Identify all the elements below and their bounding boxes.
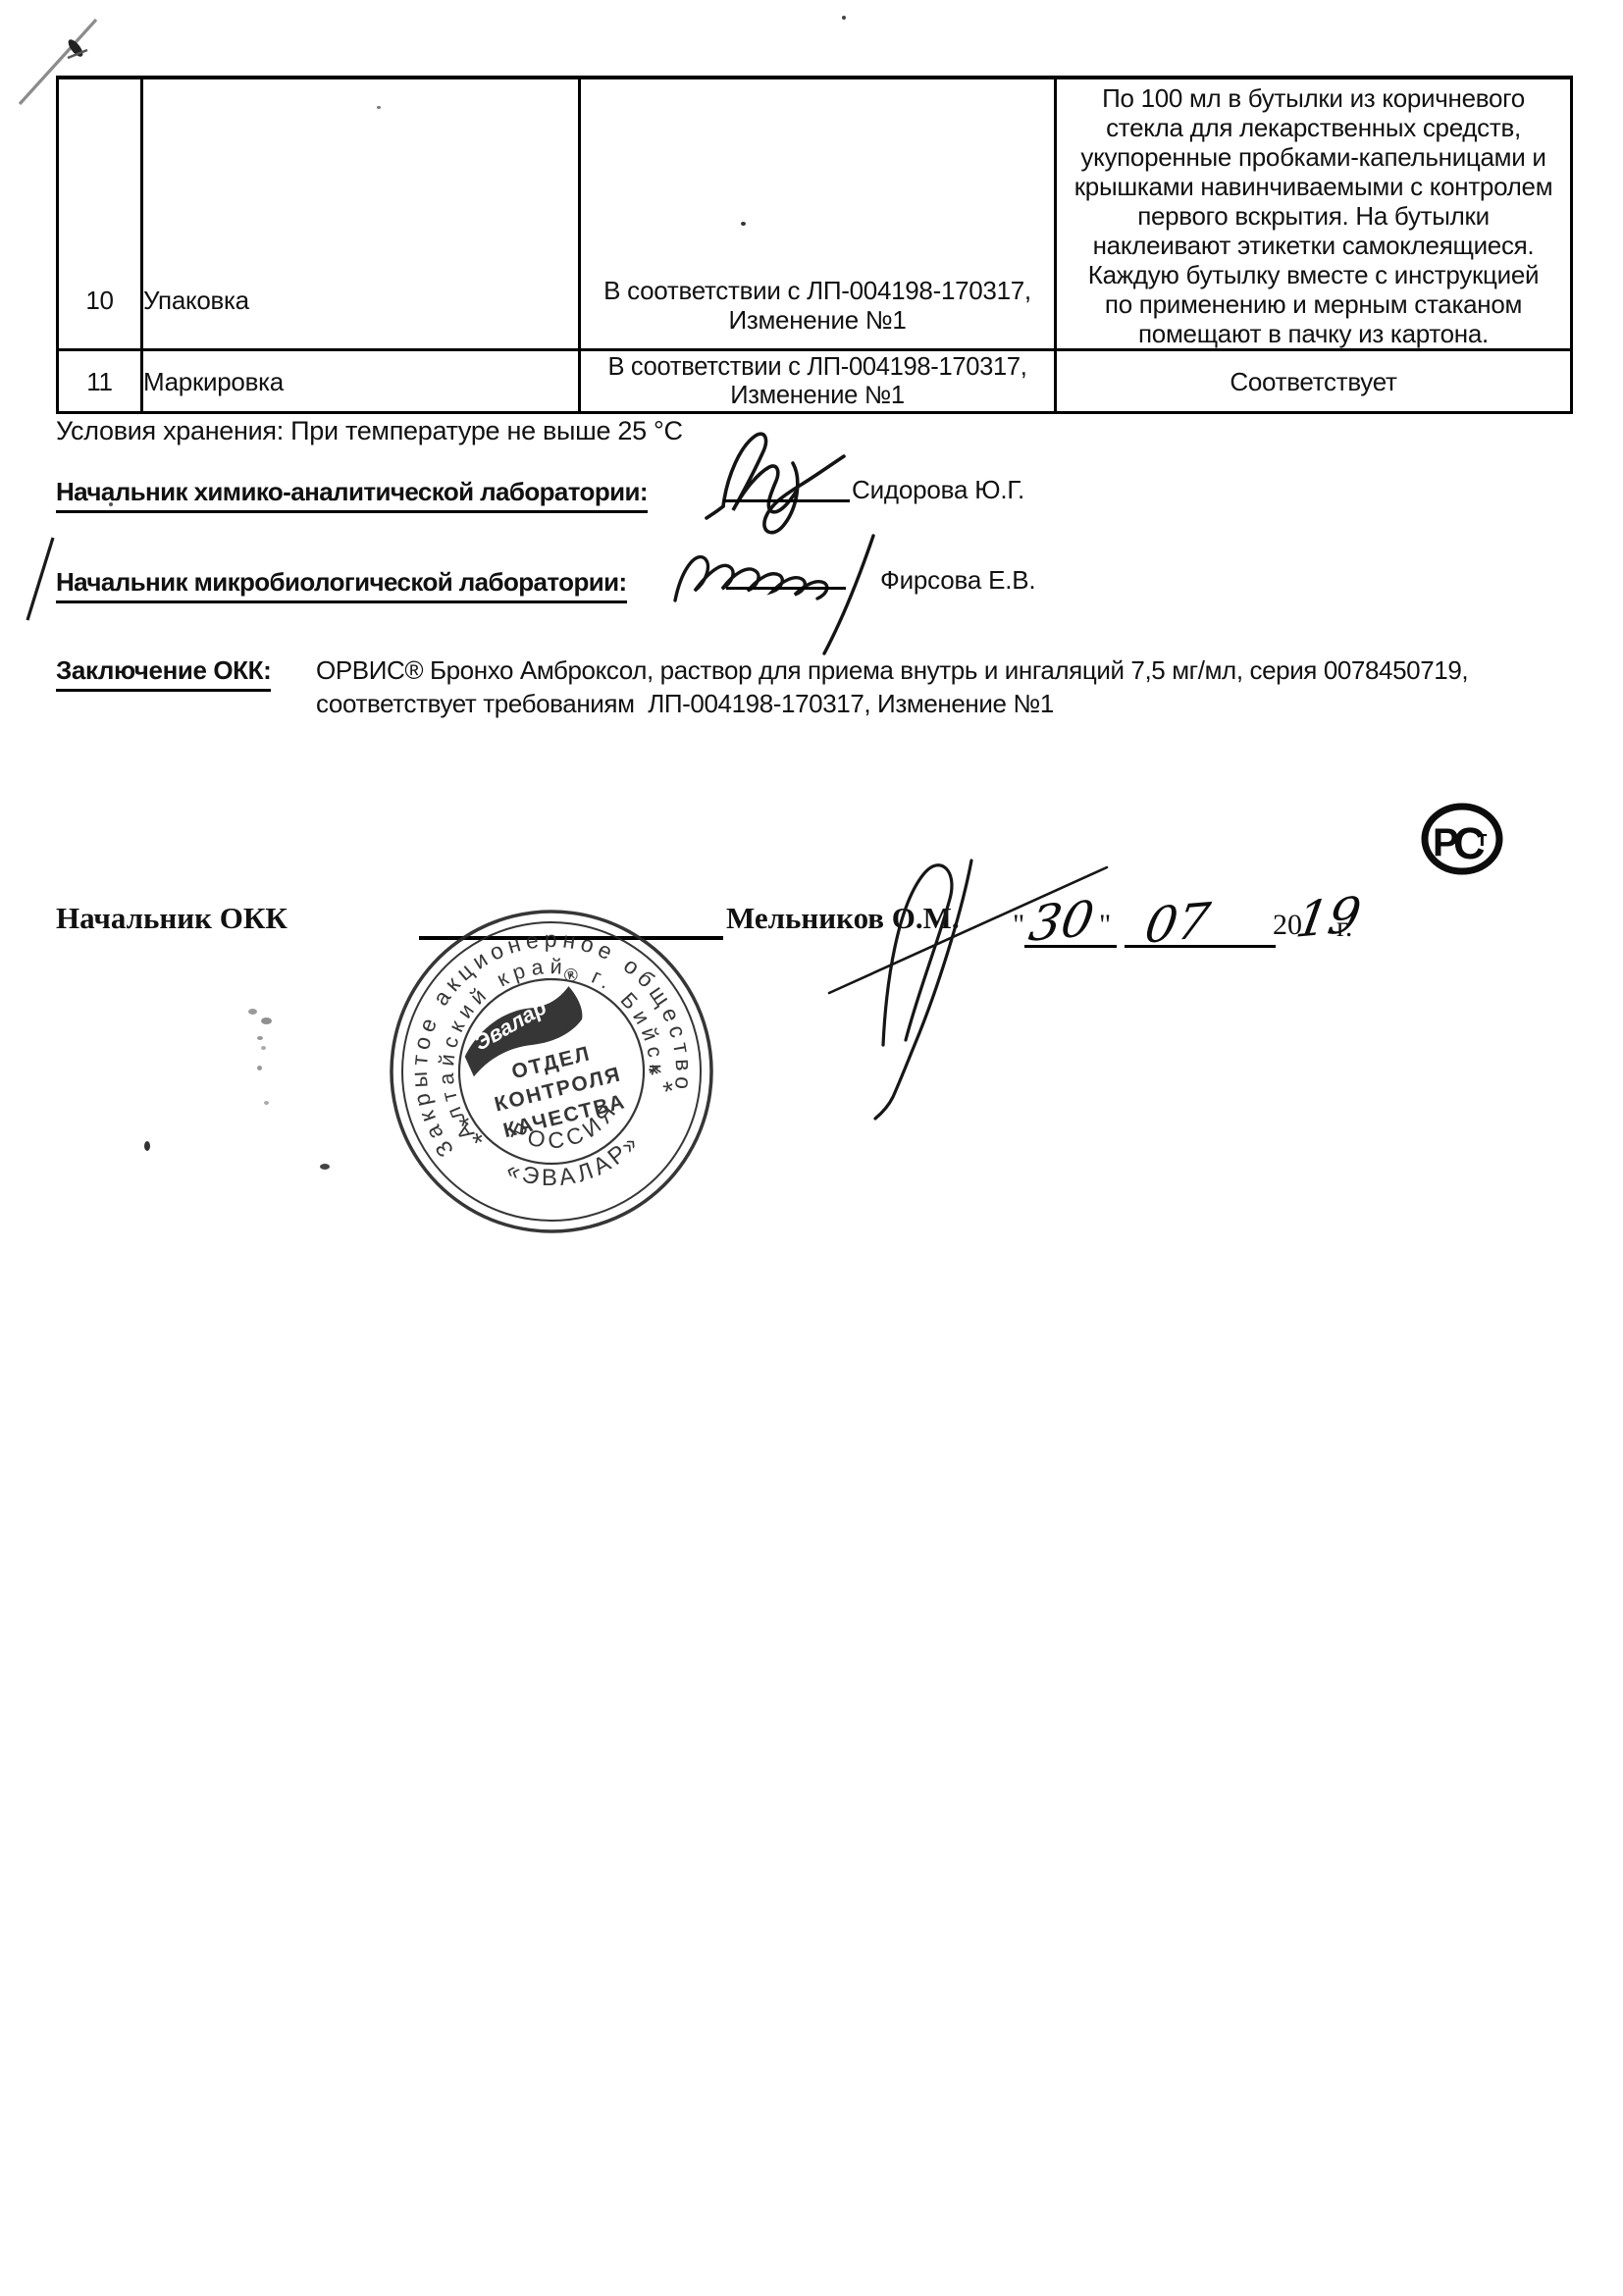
row-number-cell: 11 bbox=[58, 350, 142, 413]
table-row-packaging: 10 Упаковка В соответствии с ЛП-004198-1… bbox=[58, 78, 1572, 350]
year-unit: г. bbox=[1336, 911, 1352, 944]
row-number-cell: 10 bbox=[58, 78, 142, 350]
storage-conditions-line: Условия хранения: При температуре не выш… bbox=[56, 416, 683, 446]
signature-underline bbox=[726, 587, 846, 590]
scan-speck bbox=[842, 16, 846, 20]
table-row-labeling: 11 Маркировка В соответствии с ЛП-004198… bbox=[58, 350, 1572, 413]
okk-head-title: Начальник ОКК bbox=[56, 901, 288, 936]
scan-speck bbox=[261, 1018, 272, 1024]
micro-lab-head-name: Фирсова Е.В. bbox=[880, 565, 1035, 596]
okk-conclusion-label: Заключение ОКК: bbox=[56, 655, 271, 692]
stamp-star-icon: * bbox=[470, 1126, 488, 1159]
scan-speck bbox=[261, 1046, 266, 1050]
parameter-name-cell: Маркировка bbox=[142, 350, 580, 413]
chem-lab-head-title: Начальник химико-аналитической лаборатор… bbox=[56, 477, 648, 513]
result-cell: Соответствует bbox=[1056, 350, 1572, 413]
scan-speck bbox=[248, 1009, 257, 1015]
registered-mark-icon: ® bbox=[562, 965, 581, 988]
scan-speck bbox=[257, 1036, 263, 1040]
month-underline bbox=[1125, 945, 1276, 948]
requirement-cell: В соответствии с ЛП-004198-170317, Измен… bbox=[580, 350, 1056, 413]
handwritten-year: 19 bbox=[1292, 886, 1365, 948]
evalar-qc-stamp: Закрытое акционерное общество Алтайский … bbox=[385, 905, 718, 1238]
okk-head-signature bbox=[805, 844, 1119, 1128]
scan-speck bbox=[264, 1101, 269, 1105]
result-cell: По 100 мл в бутылки из коричневого стекл… bbox=[1056, 78, 1572, 350]
requirement-cell: В соответствии с ЛП-004198-170317, Измен… bbox=[580, 78, 1056, 350]
scanned-qc-document: 10 Упаковка В соответствии с ЛП-004198-1… bbox=[0, 0, 1623, 2296]
micro-lab-head-signature bbox=[665, 526, 901, 663]
qc-table: 10 Упаковка В соответствии с ЛП-004198-1… bbox=[56, 76, 1573, 414]
parameter-name-cell: Упаковка bbox=[142, 78, 580, 350]
svg-text:т: т bbox=[1477, 826, 1488, 851]
signature-underline bbox=[723, 499, 850, 502]
chem-lab-head-name: Сидорова Ю.Г. bbox=[852, 475, 1024, 505]
rst-certification-icon: Р С т bbox=[1419, 801, 1505, 877]
scan-speck bbox=[320, 1164, 330, 1170]
okk-conclusion-text: ОРВИС® Бронхо Амброксол, раствор для при… bbox=[316, 653, 1513, 720]
scan-speck bbox=[144, 1141, 150, 1151]
micro-lab-head-title: Начальник микробиологической лаборатории… bbox=[56, 567, 627, 603]
scan-speck bbox=[257, 1066, 262, 1070]
